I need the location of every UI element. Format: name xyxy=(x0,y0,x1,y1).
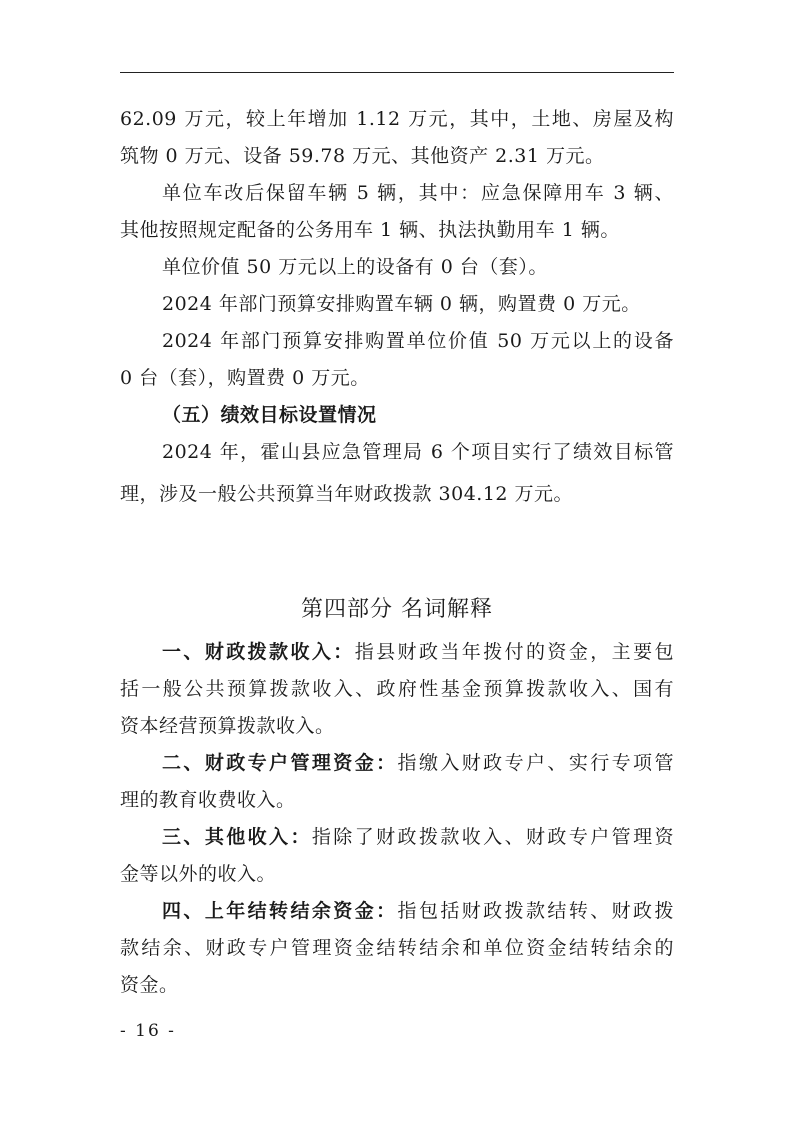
term-definition-line: 四、上年结转结余资金：指包括财政拨款结转、财政拨 xyxy=(120,899,674,923)
text-line: 理的教育收费收入。 xyxy=(120,788,674,812)
term-text: 指缴入财政专户、实行专项管 xyxy=(398,752,674,774)
term-text: 指县财政当年拨付的资金，主要包 xyxy=(355,641,674,663)
term-definition-line: 二、财政专户管理资金：指缴入财政专户、实行专项管 xyxy=(120,751,674,775)
text-line: 2024 年，霍山县应急管理局 6 个项目实行了绩效目标管 xyxy=(120,440,674,464)
text-line: 资本经营预算拨款收入。 xyxy=(120,714,674,738)
text-line: 0 台（套），购置费 0 万元。 xyxy=(120,366,674,390)
text-line: 括一般公共预算拨款收入、政府性基金预算拨款收入、国有 xyxy=(120,677,674,701)
text-line: 理，涉及一般公共预算当年财政拨款 304.12 万元。 xyxy=(120,482,674,506)
text-line: 资金。 xyxy=(120,973,674,997)
term-label: 四、上年结转结余资金： xyxy=(162,900,398,922)
term-definition-line: 一、财政拨款收入：指县财政当年拨付的资金，主要包 xyxy=(120,640,674,664)
header-rule xyxy=(120,72,674,73)
term-label: 二、财政专户管理资金： xyxy=(162,752,398,774)
text-line: 其他按照规定配备的公务用车 1 辆、执法执勤用车 1 辆。 xyxy=(120,218,674,242)
term-text: 指包括财政拨款结转、财政拨 xyxy=(398,900,674,922)
text-line: 2024 年部门预算安排购置单位价值 50 万元以上的设备 xyxy=(120,329,674,353)
text-line: 单位车改后保留车辆 5 辆，其中：应急保障用车 3 辆、 xyxy=(120,181,674,205)
subheading: （五）绩效目标设置情况 xyxy=(120,403,674,427)
term-text: 指除了财政拨款收入、财政专户管理资 xyxy=(312,826,674,848)
text-line: 62.09 万元，较上年增加 1.12 万元，其中，土地、房屋及构 xyxy=(120,107,674,131)
term-definition-line: 三、其他收入：指除了财政拨款收入、财政专户管理资 xyxy=(120,825,674,849)
section-title: 第四部分 名词解释 xyxy=(120,596,674,624)
page-number: - 16 - xyxy=(120,1020,176,1042)
text-line: 筑物 0 万元、设备 59.78 万元、其他资产 2.31 万元。 xyxy=(120,144,674,168)
text-line: 单位价值 50 万元以上的设备有 0 台（套）。 xyxy=(120,255,674,279)
term-label: 三、其他收入： xyxy=(162,826,312,848)
term-label: 一、财政拨款收入： xyxy=(162,641,355,663)
text-line: 款结余、财政专户管理资金结转结余和单位资金结转结余的 xyxy=(120,936,674,960)
text-line: 2024 年部门预算安排购置车辆 0 辆，购置费 0 万元。 xyxy=(120,292,674,316)
text-line: 金等以外的收入。 xyxy=(120,862,674,886)
